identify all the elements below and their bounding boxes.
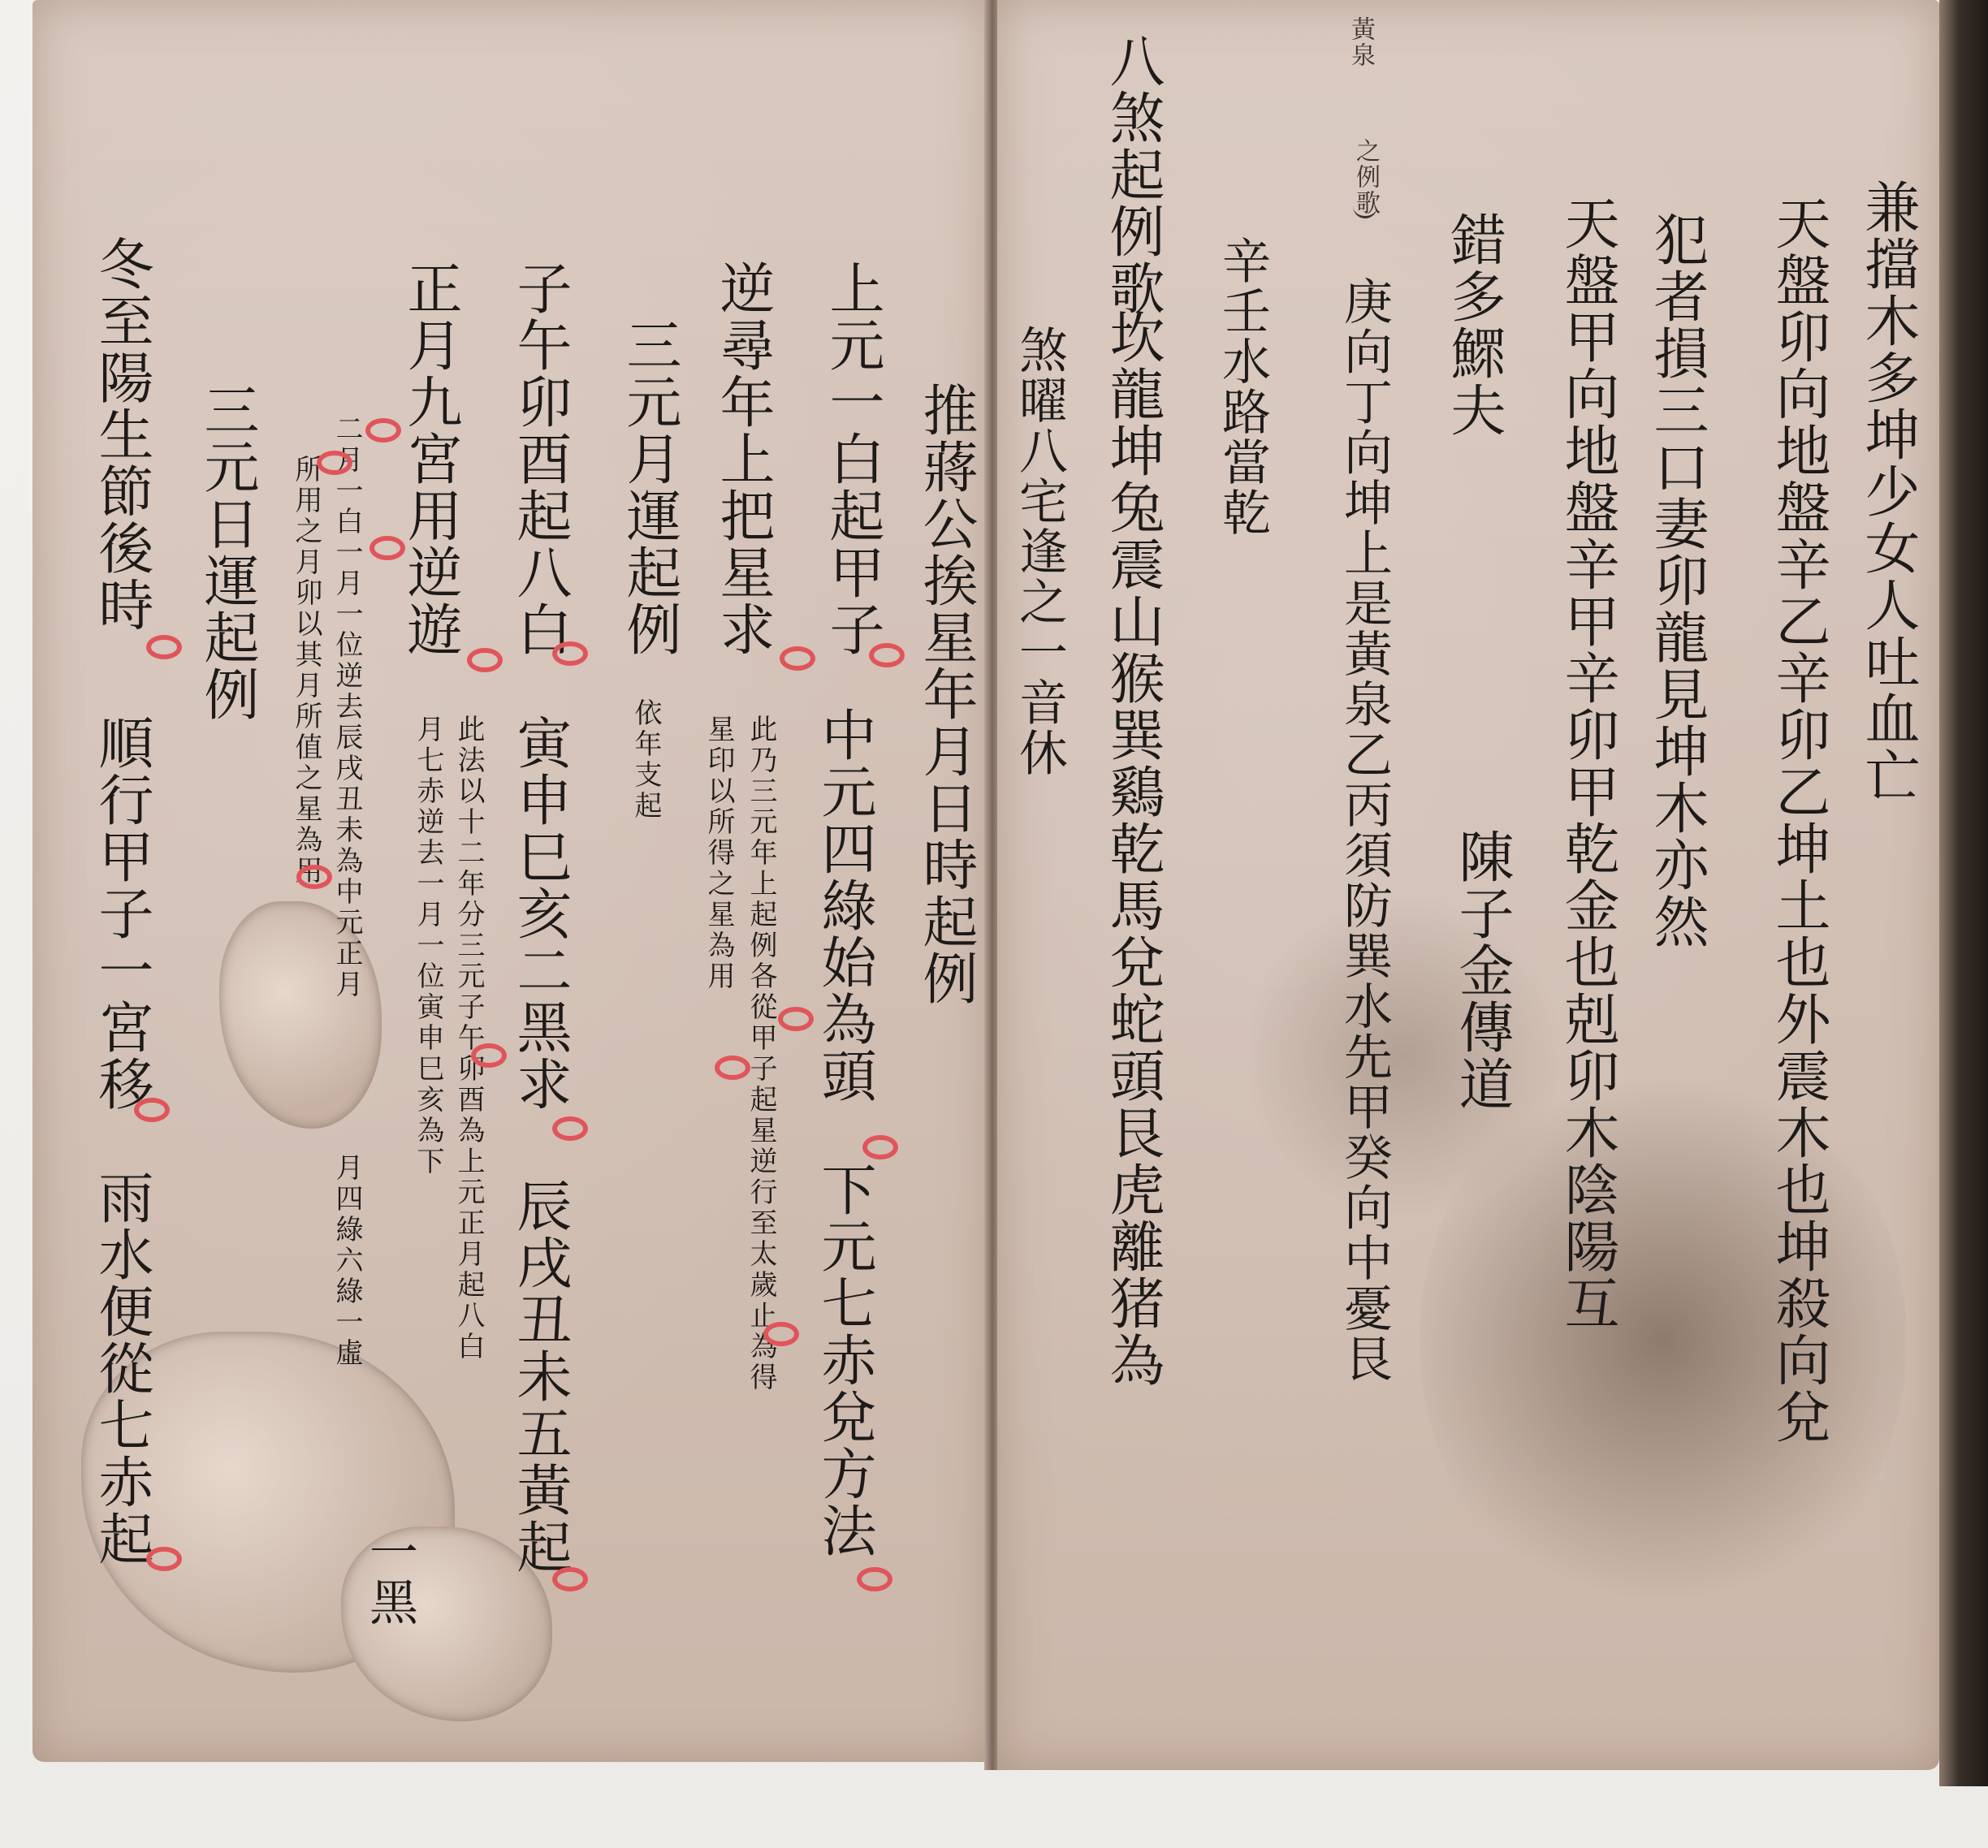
water-stain [1241, 893, 1566, 1218]
red-circle-mark [370, 536, 405, 560]
text-fragment: 一黑 [365, 1526, 414, 1627]
red-circle-mark [296, 865, 332, 889]
red-circle-mark [778, 1007, 814, 1031]
text-column: 八煞起例歌 [1104, 32, 1160, 317]
text-column: 上元一白起甲子 [824, 260, 879, 658]
text-column: 天盤卯向地盤辛乙辛卯乙坤土也外震木也坤殺向兌 [1770, 195, 1826, 1445]
annotation-column: 此乃三元年上起例各從甲子起星逆行至太歲止為得 [747, 715, 775, 1393]
red-circle-mark [134, 1098, 170, 1122]
red-circle-mark [862, 1135, 898, 1159]
text-column: 兼擋木多坤少女人吐血亡 [1860, 179, 1915, 804]
margin-note: 黃泉 [1348, 16, 1372, 68]
text-column: 逆尋年上把星求 [715, 260, 770, 658]
text-column: 煞曜八宅逢之一音休 [1015, 325, 1064, 778]
red-circle-mark [552, 1567, 588, 1591]
text-column: 正月九宮用逆遊 [402, 260, 457, 658]
book-edge [1939, 0, 1988, 1786]
red-circle-mark [146, 1547, 182, 1571]
text-column: 下元七赤兌方法 [816, 1161, 871, 1559]
annotation-column: 二月一白一月一位逆去辰戌丑未為中元正月 [333, 414, 361, 1000]
red-circle-mark [365, 418, 401, 443]
text-column: 冬至陽生節後時 [93, 235, 149, 633]
text-column: 天盤甲向地盤辛甲辛卯甲乾金也剋卯木陰陽互 [1559, 195, 1614, 1332]
red-circle-mark [869, 643, 905, 667]
text-column: 辛壬水路當乾 [1218, 235, 1267, 538]
annotation-column: 此法以十二年分三元子午卯酉為上元正月起八白 [455, 715, 482, 1362]
text-column: 坎龍坤兔震山猴巽鷄乾馬兌蛇頭艮虎離猪為 [1104, 309, 1160, 1388]
red-circle-mark [467, 648, 503, 672]
red-circle-mark [552, 641, 588, 666]
red-circle-mark [471, 1043, 507, 1068]
red-circle-mark [780, 646, 815, 671]
red-circle-mark [552, 1116, 588, 1141]
text-column: 順行甲子一宮移 [93, 715, 149, 1112]
annotation-column: 所用之月卯以其月所值之星為用 [292, 455, 320, 887]
text-column: 推蔣公挨星年月日時起例 [918, 382, 973, 1007]
text-column: 犯者損三口妻卯龍見坤木亦然 [1649, 211, 1704, 950]
text-column: 雨水便從七赤起 [93, 1169, 149, 1567]
red-circle-mark [857, 1567, 892, 1591]
text-column: 辰戌丑未五黃起 [512, 1177, 567, 1575]
text-column: 寅申巳亥二黑求 [512, 715, 567, 1112]
circled-note: 之例歌 [1353, 138, 1377, 218]
annotation-column: 星印以所得之星為用 [705, 715, 733, 992]
red-circle-mark [715, 1056, 750, 1080]
text-column: 三元月運起例 [621, 317, 676, 658]
text-column: 陳子金傳道 [1454, 828, 1509, 1112]
red-circle-mark [146, 635, 182, 659]
text-column: 子午卯酉起八白 [512, 260, 567, 658]
scanned-document: 兼擋木多坤少女人吐血亡 天盤卯向地盤辛乙辛卯乙坤土也外震木也坤殺向兌 犯者損三口… [0, 0, 1988, 1848]
text-column: 三元日運起例 [199, 382, 254, 723]
text-column: 庚向丁向坤上是黃泉乙丙須防巽水先甲癸向中憂艮 [1340, 276, 1389, 1384]
annotation-column: 依年支起 [632, 698, 659, 822]
annotation-column: 月七赤逆去一月一位寅申巳亥為下 [414, 715, 442, 1177]
annotation-column: 月四綠六綠一虛 [333, 1153, 361, 1369]
red-circle-mark [317, 451, 352, 475]
text-column: 中元四綠始為頭 [816, 706, 871, 1104]
text-column: 錯多鰥夫 [1446, 211, 1501, 438]
red-circle-mark [763, 1322, 799, 1346]
